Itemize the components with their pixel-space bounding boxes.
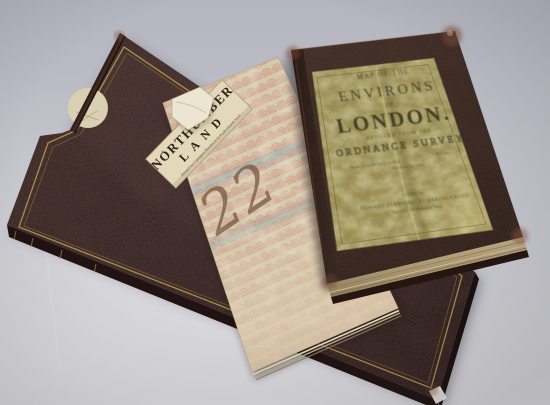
vignette [0, 0, 550, 405]
photo-canvas: 22 NORTHUMBER LAND Printed for Carington… [0, 0, 550, 405]
photo-antique-maps: 22 NORTHUMBER LAND Printed for Carington… [0, 0, 550, 405]
